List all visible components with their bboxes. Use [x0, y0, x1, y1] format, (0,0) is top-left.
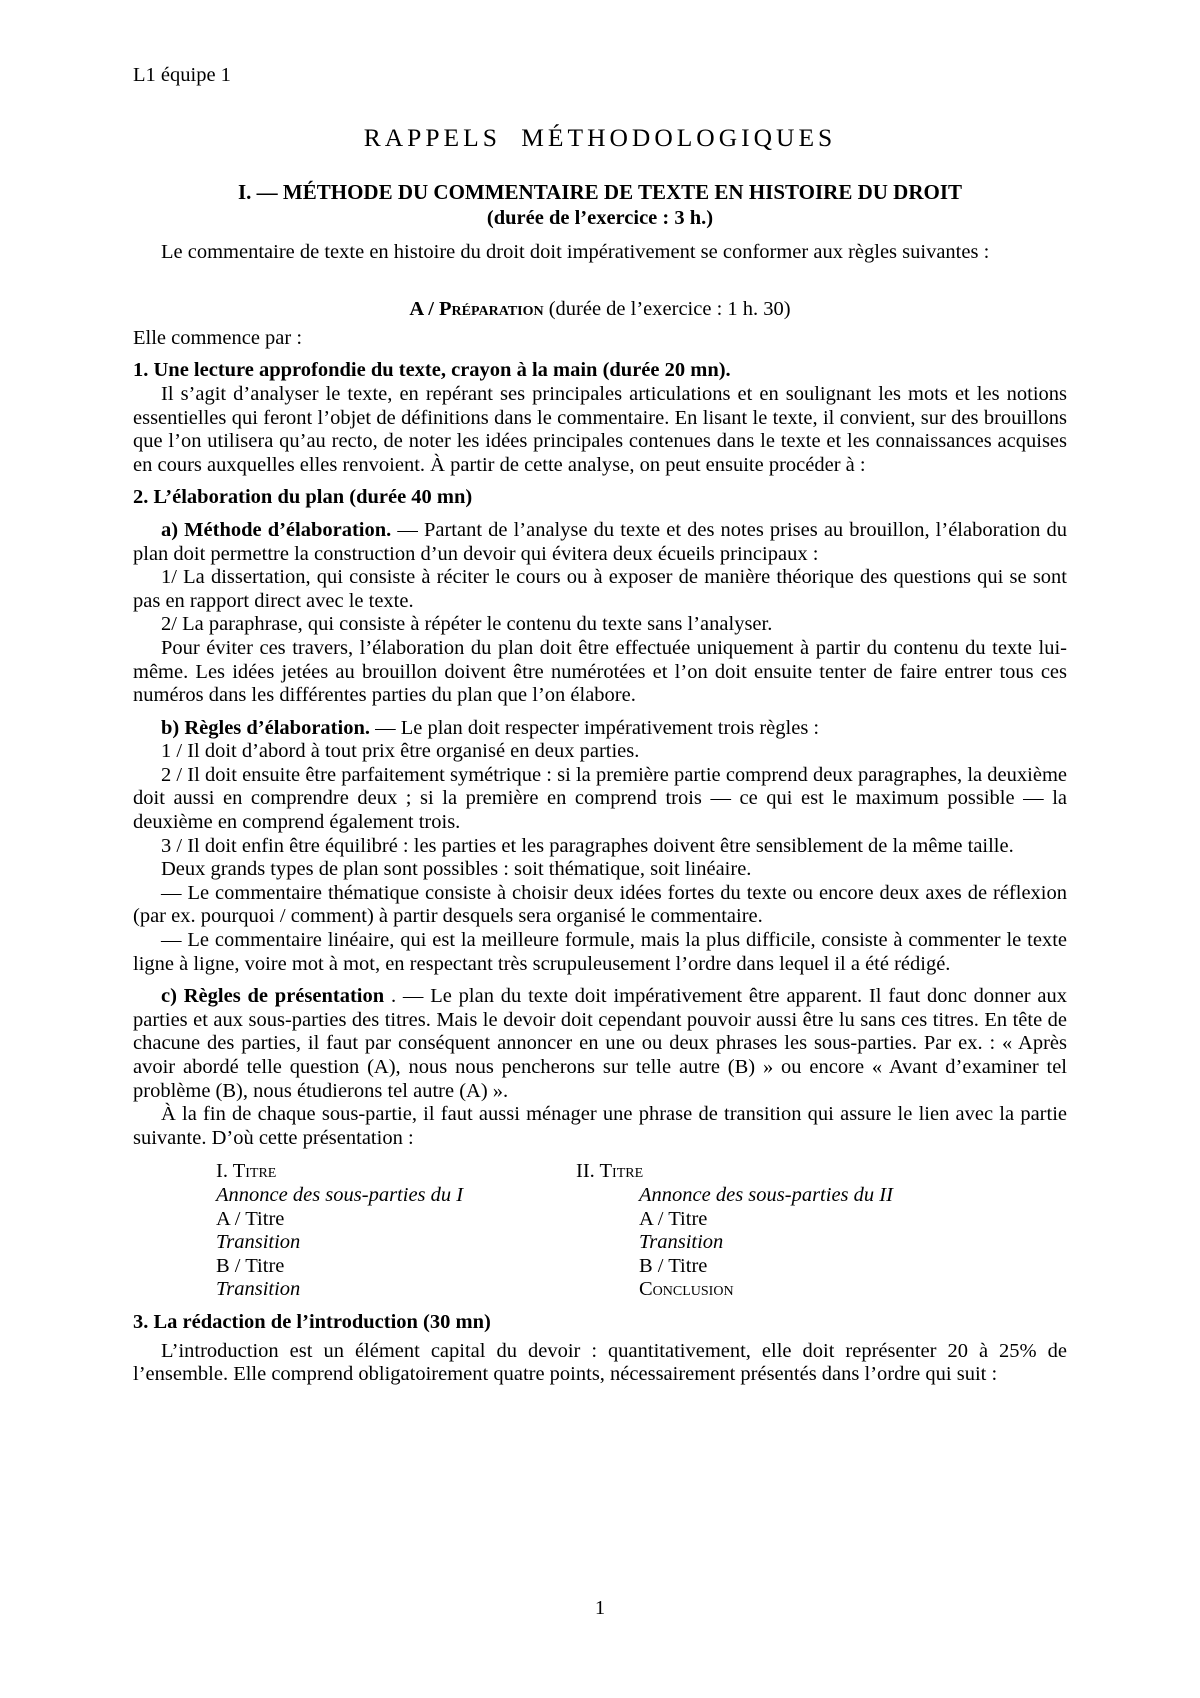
step2c-transition: À la fin de chaque sous-partie, il faut … — [133, 1103, 1067, 1150]
step1-body: Il s’agit d’analyser le texte, en repéra… — [133, 383, 1067, 477]
step3-body: L’introduction est un élément capital du… — [133, 1340, 1067, 1387]
step2b-label: b) Règles d’élaboration. — [161, 717, 370, 739]
step2a-paragraph: a) Méthode d’élaboration. — Partant de l… — [133, 519, 1067, 566]
section-duration: (durée de l’exercice : 3 h.) — [133, 206, 1067, 230]
preparation-duration: (durée de l’exercice : 1 h. 30) — [544, 298, 791, 320]
plan-part2-a-title: A / Titre — [639, 1208, 1067, 1232]
step2b-plan-types: Deux grands types de plan sont possibles… — [133, 858, 1067, 882]
step2a-item1: 1/ La dissertation, qui consiste à récit… — [133, 566, 1067, 613]
step2b-thematic-commentary: — Le commentaire thématique consiste à c… — [133, 882, 1067, 929]
plan-diagram: I. Titre Annonce des sous-parties du I A… — [216, 1160, 1067, 1302]
plan-part1-a-title: A / Titre — [216, 1208, 576, 1232]
step2a-item2: 2/ La paraphrase, qui consiste à répéter… — [133, 613, 1067, 637]
step2b-item1: 1 / Il doit d’abord à tout prix être org… — [133, 740, 1067, 764]
section-heading: I. — MÉTHODE DU COMMENTAIRE DE TEXTE EN … — [133, 179, 1067, 206]
plan-part1-transition-1: Transition — [216, 1231, 576, 1255]
plan-conclusion: Conclusion — [639, 1278, 1067, 1302]
plan-part1-heading: I. Titre — [216, 1160, 576, 1184]
course-label: L1 équipe 1 — [133, 64, 1067, 88]
plan-part2-heading: II. Titre — [576, 1160, 1067, 1184]
step2c-label: c) Règles de présentation — [161, 985, 384, 1007]
step3-heading: 3. La rédaction de l’introduction (30 mn… — [133, 1311, 1067, 1335]
plan-part1-announce: Annonce des sous-parties du I — [216, 1184, 576, 1208]
step2b-paragraph: b) Règles d’élaboration. — Le plan doit … — [133, 717, 1067, 741]
plan-part1-transition-2: Transition — [216, 1278, 576, 1302]
step2a-conclusion: Pour éviter ces travers, l’élaboration d… — [133, 637, 1067, 708]
step2c-paragraph: c) Règles de présentation . — Le plan du… — [133, 985, 1067, 1103]
step2b-linear-commentary: — Le commentaire linéaire, qui est la me… — [133, 929, 1067, 976]
preparation-heading: A / Préparation (durée de l’exercice : 1… — [133, 298, 1067, 322]
step2a-label: a) Méthode d’élaboration. — [161, 519, 391, 541]
step2-heading: 2. L’élaboration du plan (durée 40 mn) — [133, 486, 1067, 510]
step2b-item3: 3 / Il doit enfin être équilibré : les p… — [133, 835, 1067, 859]
plan-part2-transition: Transition — [639, 1231, 1067, 1255]
plan-column-1: I. Titre Annonce des sous-parties du I A… — [216, 1160, 576, 1302]
step2b-text: — Le plan doit respecter impérativement … — [370, 717, 819, 739]
plan-part1-b-title: B / Titre — [216, 1255, 576, 1279]
document-page: L1 équipe 1 RAPPELS MÉTHODOLOGIQUES I. —… — [0, 0, 1200, 1698]
step2b-item2: 2 / Il doit ensuite être parfaitement sy… — [133, 764, 1067, 835]
plan-part2-announce: Annonce des sous-parties du II — [639, 1184, 1067, 1208]
page-number: 1 — [0, 1597, 1200, 1621]
preparation-label: A / Préparation — [409, 298, 543, 320]
intro-paragraph: Le commentaire de texte en histoire du d… — [133, 241, 1067, 265]
plan-column-2: II. Titre Annonce des sous-parties du II… — [576, 1160, 1067, 1302]
plan-part2-items: Annonce des sous-parties du II A / Titre… — [639, 1184, 1067, 1302]
plan-part2-b-title: B / Titre — [639, 1255, 1067, 1279]
step1-heading: 1. Une lecture approfondie du texte, cra… — [133, 359, 1067, 383]
page-title: RAPPELS MÉTHODOLOGIQUES — [133, 125, 1067, 151]
preparation-lead: Elle commence par : — [133, 327, 1067, 351]
